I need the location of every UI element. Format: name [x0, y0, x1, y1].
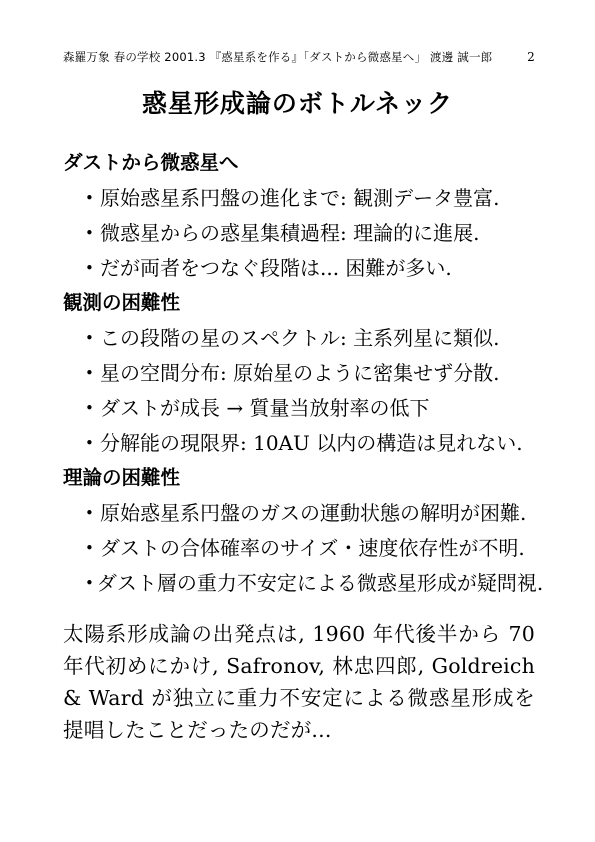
page-number: 2 [527, 50, 535, 64]
page-title: 惑星形成論のボトルネック [0, 84, 595, 120]
bullet-text: 星の空間分布: 原始星のように密集せず分散. [100, 362, 499, 384]
bullet-item: •ダストが成長 → 質量当放射率の低下 [63, 397, 535, 419]
document-page: 森羅万象 春の学校 2001.3 『惑星系を作る』「ダストから微惑星へ」 渡邊 … [0, 0, 595, 842]
running-header: 森羅万象 春の学校 2001.3 『惑星系を作る』「ダストから微惑星へ」 渡邊 … [63, 49, 535, 65]
bullet-item: •原始惑星系円盤のガスの運動状態の解明が困難. [63, 502, 535, 524]
bullet-text: この段階の星のスペクトル: 主系列星に類似. [100, 327, 499, 349]
bullet-icon: • [85, 327, 97, 349]
bullet-icon: • [85, 572, 94, 594]
closing-paragraph: 太陽系形成論の出発点は, 1960 年代後半から 70 年代初めにかけ, Saf… [63, 618, 535, 746]
bullet-item: •星の空間分布: 原始星のように密集せず分散. [63, 362, 535, 384]
bullet-text: ダスト層の重力不安定による微惑星形成が疑問視. [97, 572, 543, 594]
bullet-text: だが両者をつなぐ段階は... 困難が多い. [100, 257, 452, 279]
bullet-list: •原始惑星系円盤の進化まで: 観測データ豊富.•微惑星からの惑星集積過程: 理論… [63, 187, 535, 279]
section-heading: 理論の困難性 [63, 467, 535, 489]
sections-container: ダストから微惑星へ•原始惑星系円盤の進化まで: 観測データ豊富.•微惑星からの惑… [63, 152, 535, 746]
bullet-text: 微惑星からの惑星集積過程: 理論的に進展. [100, 222, 479, 244]
bullet-text: 分解能の現限界: 10AU 以内の構造は見れない. [100, 432, 523, 454]
bullet-icon: • [85, 187, 97, 209]
section-heading: ダストから微惑星へ [63, 152, 535, 174]
bullet-item: •ダスト層の重力不安定による微惑星形成が疑問視. [63, 572, 535, 594]
bullet-item: •だが両者をつなぐ段階は... 困難が多い. [63, 257, 535, 279]
bullet-icon: • [85, 257, 97, 279]
bullet-list: •原始惑星系円盤のガスの運動状態の解明が困難.•ダストの合体確率のサイズ・速度依… [63, 502, 535, 594]
bullet-item: •微惑星からの惑星集積過程: 理論的に進展. [63, 222, 535, 244]
bullet-item: •ダストの合体確率のサイズ・速度依存性が不明. [63, 537, 535, 559]
bullet-item: •分解能の現限界: 10AU 以内の構造は見れない. [63, 432, 535, 454]
bullet-icon: • [85, 397, 97, 419]
bullet-item: •原始惑星系円盤の進化まで: 観測データ豊富. [63, 187, 535, 209]
bullet-text: ダストが成長 → 質量当放射率の低下 [100, 397, 429, 419]
bullet-item: •この段階の星のスペクトル: 主系列星に類似. [63, 327, 535, 349]
bullet-text: ダストの合体確率のサイズ・速度依存性が不明. [100, 537, 525, 559]
section-heading: 観測の困難性 [63, 292, 535, 314]
bullet-icon: • [85, 432, 97, 454]
header-left-text: 森羅万象 春の学校 2001.3 『惑星系を作る』「ダストから微惑星へ」 渡邊 … [63, 49, 492, 65]
bullet-icon: • [85, 362, 97, 384]
bullet-icon: • [85, 502, 97, 524]
bullet-icon: • [85, 222, 97, 244]
bullet-icon: • [85, 537, 97, 559]
bullet-text: 原始惑星系円盤の進化まで: 観測データ豊富. [100, 187, 499, 209]
bullet-list: •この段階の星のスペクトル: 主系列星に類似.•星の空間分布: 原始星のように密… [63, 327, 535, 454]
bullet-text: 原始惑星系円盤のガスの運動状態の解明が困難. [100, 502, 526, 524]
